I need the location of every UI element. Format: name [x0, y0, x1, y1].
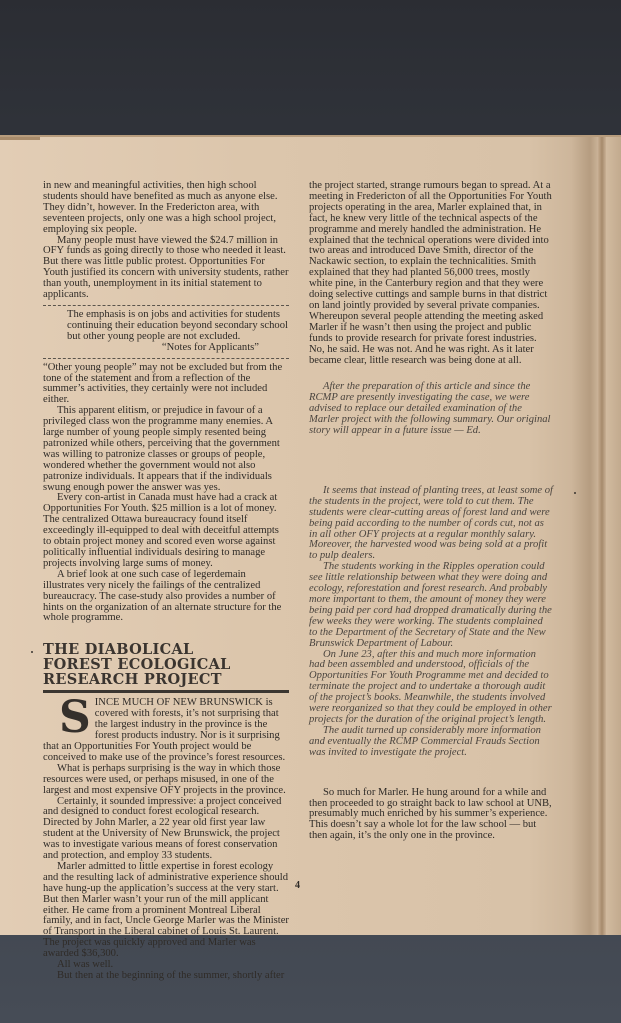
- page-binding-edge: [598, 137, 606, 935]
- continued-paragraph: the project started, strange rumours beg…: [309, 181, 553, 366]
- article-paragraph: Marler admitted to little expertise in f…: [43, 862, 289, 960]
- body-paragraph: “Other young people” may not be excluded…: [43, 363, 289, 407]
- editor-note: After the preparation of this article an…: [309, 382, 553, 437]
- summary-block: It seems that instead of planting trees,…: [309, 486, 553, 759]
- lead-paragraph: S INCE MUCH OF NEW BRUNSWICK is covered …: [43, 698, 289, 763]
- article-headline: THE DIABOLICAL FOREST ECOLOGICAL RESEARC…: [43, 642, 289, 693]
- dashed-divider: [43, 305, 289, 306]
- dashed-divider: [43, 358, 289, 359]
- summary-paragraph: The students working in the Ripples oper…: [309, 562, 553, 649]
- article-paragraph: Certainly, it sounded impressive: a proj…: [43, 797, 289, 862]
- pull-quote-attribution: “Notes for Applicants”: [67, 343, 289, 354]
- drop-cap: S: [59, 701, 91, 734]
- article-paragraph: But then at the beginning of the summer,…: [43, 971, 289, 982]
- page-number: 4: [295, 880, 300, 891]
- print-speck: [31, 651, 33, 653]
- intro-paragraph: Many people must have viewed the $24.7 m…: [43, 236, 289, 301]
- headline-line: RESEARCH PROJECT: [43, 672, 289, 687]
- print-speck: [574, 492, 576, 494]
- left-column: in new and meaningful activities, then h…: [43, 181, 289, 982]
- pull-quote: The emphasis is on jobs and activities f…: [43, 310, 289, 354]
- body-paragraph: Every con-artist in Canada must have had…: [43, 493, 289, 569]
- intro-paragraph: in new and meaningful activities, then h…: [43, 181, 289, 236]
- summary-paragraph: The audit turned up considerably more in…: [309, 726, 553, 759]
- lead-caps: INCE MUCH OF NEW BRUNSWICK: [95, 697, 263, 708]
- summary-paragraph: It seems that instead of planting trees,…: [309, 486, 553, 562]
- summary-paragraph: On June 23, after this and much more inf…: [309, 650, 553, 726]
- body-paragraph: This apparent elitism, or prejudice in f…: [43, 406, 289, 493]
- magazine-page: in new and meaningful activities, then h…: [0, 135, 621, 935]
- body-paragraph: A brief look at one such case of legerde…: [43, 570, 289, 625]
- closing-block: So much for Marler. He hung around for a…: [309, 788, 553, 843]
- headline-line: FOREST ECOLOGICAL: [43, 657, 289, 672]
- editor-note-text: After the preparation of this article an…: [309, 382, 553, 437]
- article-paragraph: What is perhaps surprising is the way in…: [43, 764, 289, 797]
- closing-paragraph: So much for Marler. He hung around for a…: [309, 788, 553, 843]
- headline-line: THE DIABOLICAL: [43, 642, 289, 657]
- right-column: the project started, strange rumours beg…: [309, 181, 553, 842]
